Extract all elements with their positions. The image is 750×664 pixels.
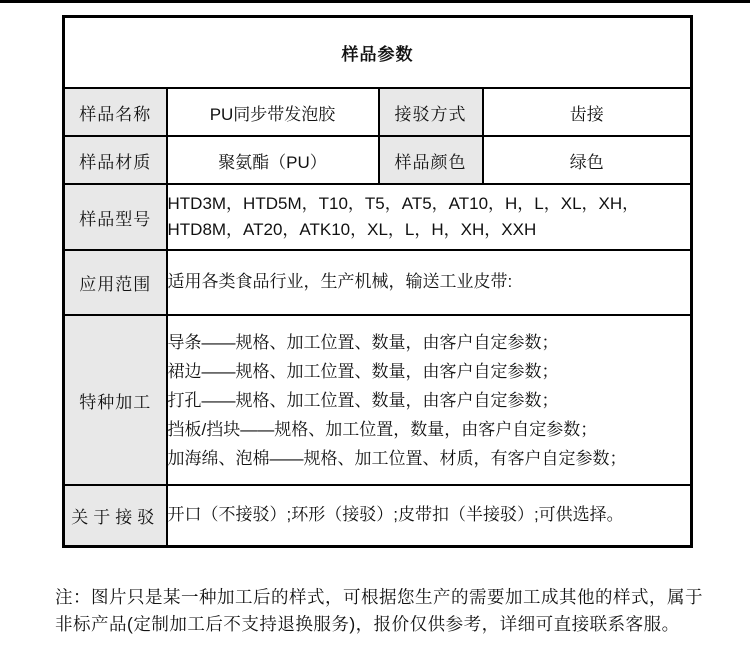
table-title: 样品参数 [64, 17, 692, 89]
joint-method-value: 齿接 [483, 88, 692, 136]
table-row-sample-model: 样品型号 HTD3M，HTD5M，T10，T5，AT5，AT10，H，L，XL，… [64, 184, 692, 250]
special-processing-label: 特种加工 [64, 315, 167, 485]
special-processing-line: 打孔——规格、加工位置、数量，由客户自定参数； [168, 386, 691, 415]
top-divider [0, 0, 750, 3]
sample-material-value: 聚氨酯（PU） [167, 136, 379, 184]
table-row-sample-material: 样品材质 聚氨酯（PU） 样品颜色 绿色 [64, 136, 692, 184]
table-row-special-processing: 特种加工 导条——规格、加工位置、数量，由客户自定参数； 裙边——规格、加工位置… [64, 315, 692, 485]
special-processing-line: 挡板/挡块——规格、加工位置，数量，由客户自定参数； [168, 415, 691, 444]
about-joint-label: 关于接驳 [64, 485, 167, 546]
table-title-row: 样品参数 [64, 17, 692, 89]
special-processing-line: 裙边——规格、加工位置、数量，由客户自定参数； [168, 357, 691, 386]
product-spec-page: 样品参数 样品名称 PU同步带发泡胶 接驳方式 齿接 样品材质 聚氨酯（PU） … [0, 0, 750, 664]
sample-material-label: 样品材质 [64, 136, 167, 184]
about-joint-value: 开口（不接驳）;环形（接驳）;皮带扣（半接驳）;可供选择。 [167, 485, 692, 546]
special-processing-line: 加海绵、泡棉——规格、加工位置、材质，有客户自定参数； [168, 444, 691, 473]
sample-parameters-table: 样品参数 样品名称 PU同步带发泡胶 接驳方式 齿接 样品材质 聚氨酯（PU） … [62, 15, 693, 548]
sample-color-label: 样品颜色 [379, 136, 483, 184]
application-scope-label: 应用范围 [64, 250, 167, 315]
footnote: 注：图片只是某一种加工后的样式，可根据您生产的需要加工成其他的样式，属于非标产品… [55, 584, 717, 638]
sample-model-value: HTD3M，HTD5M，T10，T5，AT5，AT10，H，L，XL，XH，HT… [167, 184, 692, 250]
table-row-about-joint: 关于接驳 开口（不接驳）;环形（接驳）;皮带扣（半接驳）;可供选择。 [64, 485, 692, 546]
application-scope-value: 适用各类食品行业，生产机械，输送工业皮带: [167, 250, 692, 315]
joint-method-label: 接驳方式 [379, 88, 483, 136]
table-row-application-scope: 应用范围 适用各类食品行业，生产机械，输送工业皮带: [64, 250, 692, 315]
sample-name-label: 样品名称 [64, 88, 167, 136]
special-processing-value: 导条——规格、加工位置、数量，由客户自定参数； 裙边——规格、加工位置、数量，由… [167, 315, 692, 485]
sample-name-value: PU同步带发泡胶 [167, 88, 379, 136]
sample-model-label: 样品型号 [64, 184, 167, 250]
table-row-sample-name: 样品名称 PU同步带发泡胶 接驳方式 齿接 [64, 88, 692, 136]
sample-color-value: 绿色 [483, 136, 692, 184]
special-processing-line: 导条——规格、加工位置、数量，由客户自定参数； [168, 328, 691, 357]
